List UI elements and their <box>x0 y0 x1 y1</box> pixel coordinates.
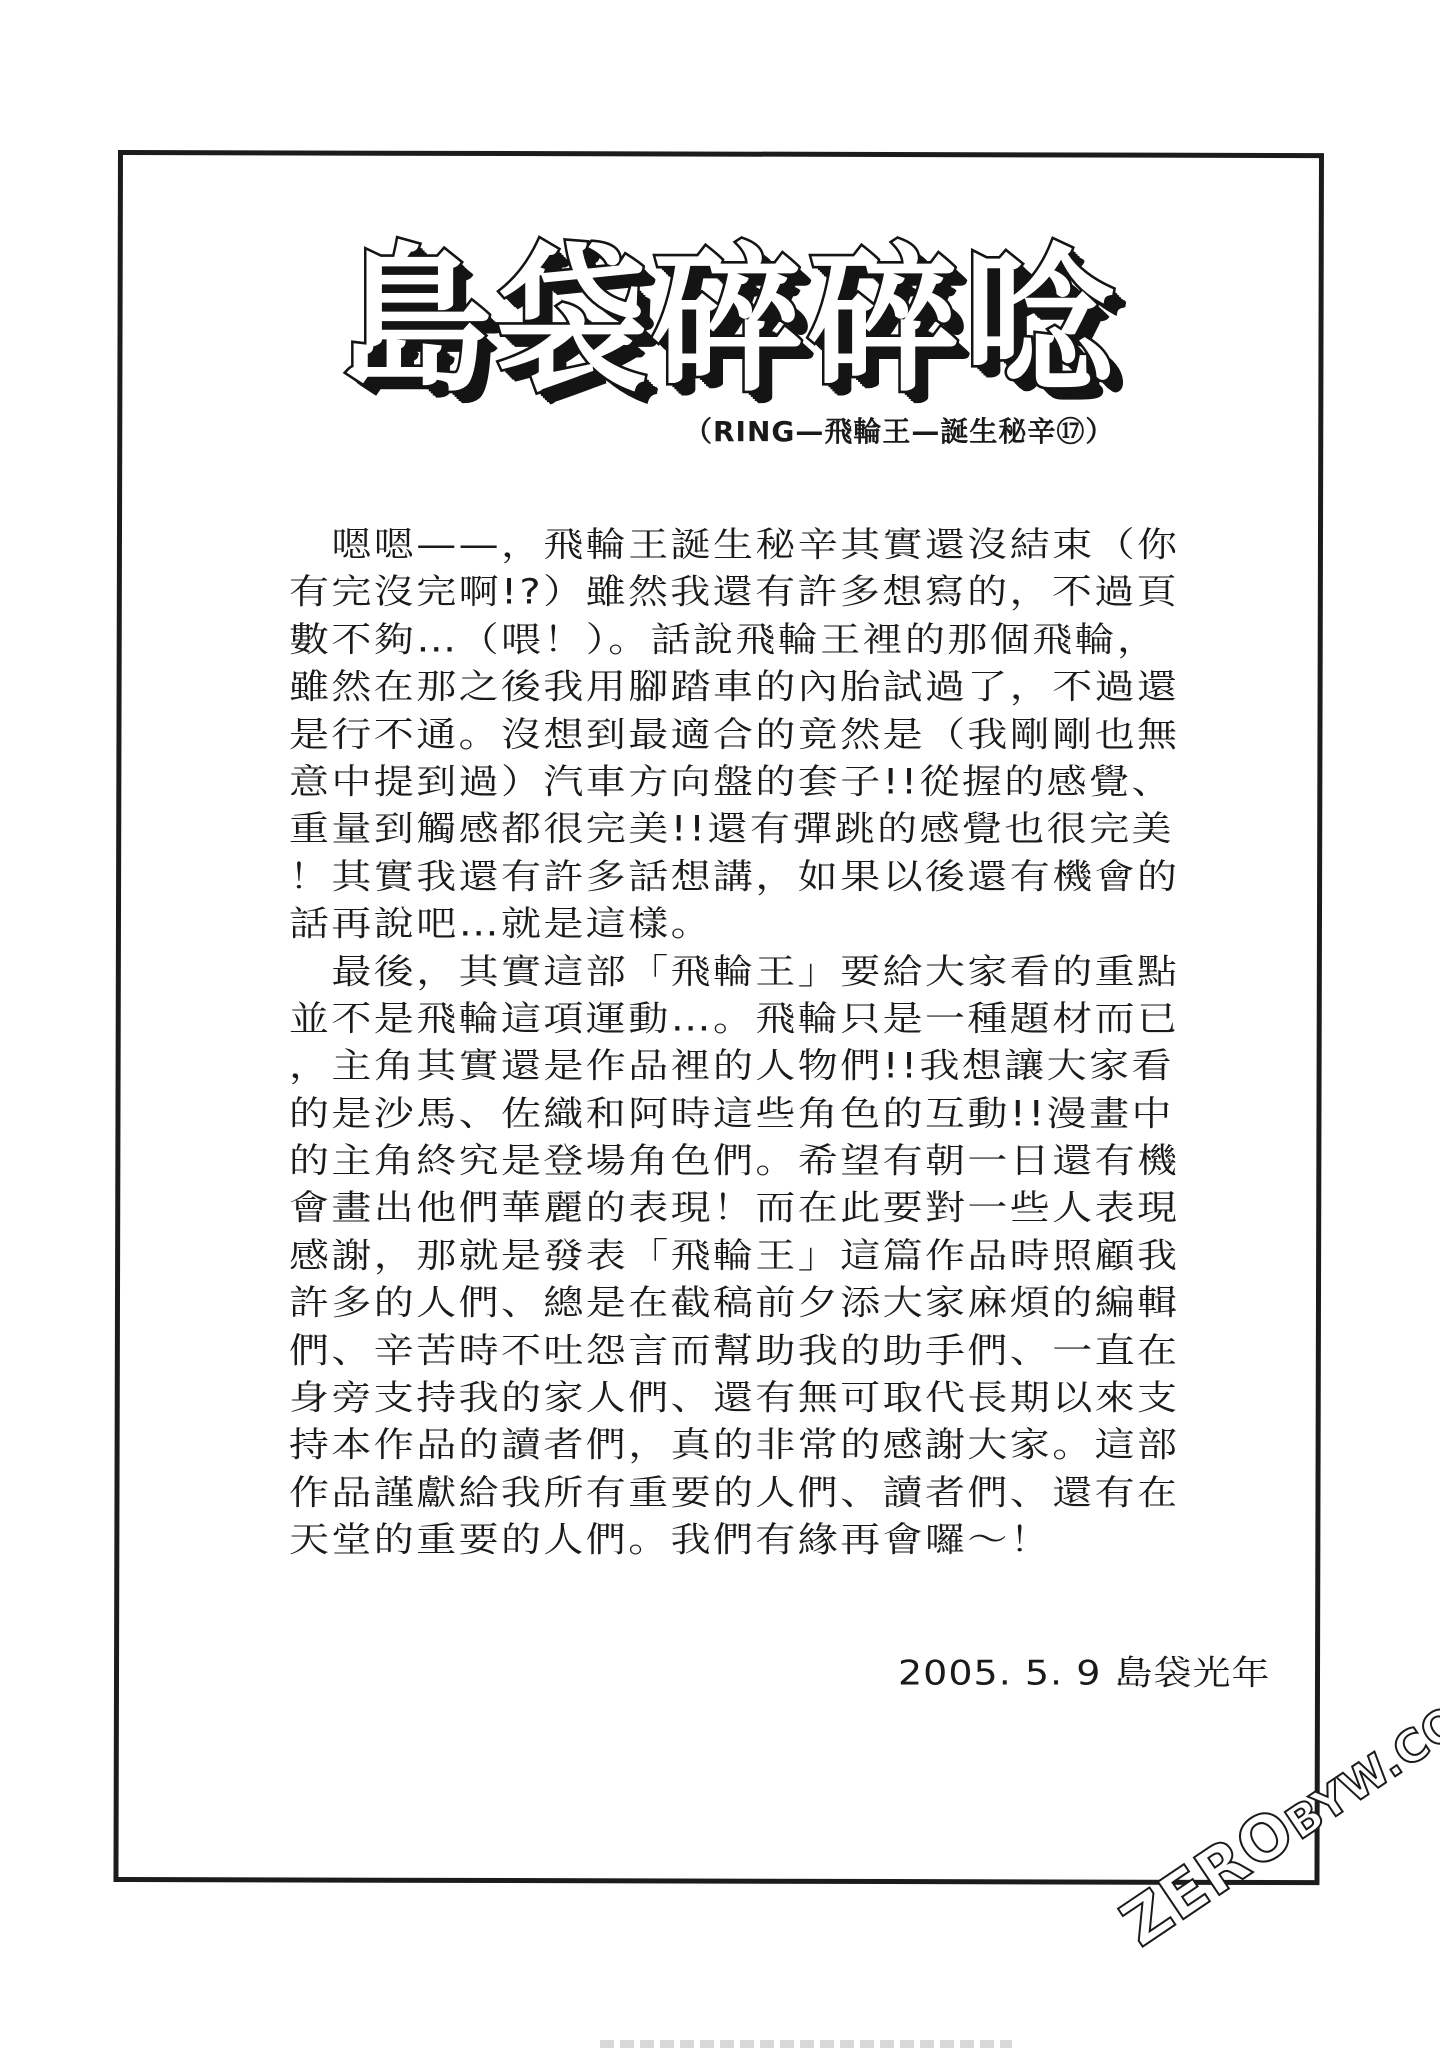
body-line: 的主角終究是登場角色們。希望有朝一日還有機 <box>289 1141 1174 1182</box>
body-line: ，主角其實還是作品裡的人物們!!我想讓大家看 <box>289 1047 1174 1088</box>
body-line: 意中提到過）汽車方向盤的套子!!從握的感覺、 <box>289 762 1174 803</box>
body-line: 感謝，那就是發表「飛輪王」這篇作品時照顧我 <box>289 1236 1174 1277</box>
body-line: 話再說吧…就是這樣。 <box>289 904 1174 945</box>
page-title: 島袋碎碎唸 <box>340 228 1140 415</box>
body-line: 會畫出他們華麗的表現！而在此要對一些人表現 <box>289 1189 1174 1230</box>
signature-date-author: 2005. 5. 9 島袋光年 <box>898 1652 1270 1693</box>
body-text: 嗯嗯——，飛輪王誕生秘辛其實還沒結束（你 有完沒完啊!?）雖然我還有許多想寫的，… <box>289 522 1174 1565</box>
body-line: 有完沒完啊!?）雖然我還有許多想寫的，不過頁 <box>289 573 1174 614</box>
body-line: 數不夠…（喂！）。話說飛輪王裡的那個飛輪， <box>289 620 1174 661</box>
body-line: 們、辛苦時不吐怨言而幫助我的助手們、一直在 <box>289 1331 1174 1372</box>
body-line: 天堂的重要的人們。我們有緣再會囉～！ <box>289 1521 1174 1562</box>
cropped-footer-text <box>600 2040 1012 2048</box>
body-line: 許多的人們、總是在截稿前夕添大家麻煩的編輯 <box>289 1284 1174 1325</box>
body-line: ！其實我還有許多話想講，如果以後還有機會的 <box>289 857 1174 898</box>
body-line: 是行不通。沒想到最適合的竟然是（我剛剛也無 <box>289 715 1174 756</box>
body-line: 雖然在那之後我用腳踏車的內胎試過了，不過還 <box>289 667 1174 708</box>
body-line: 最後，其實這部「飛輪王」要給大家看的重點 <box>289 952 1174 993</box>
page-subtitle: （RING—飛輪王—誕生秘辛⑰） <box>684 414 1114 450</box>
body-line: 並不是飛輪這項運動…。飛輪只是一種題材而已 <box>289 999 1174 1040</box>
body-line: 持本作品的讀者們，真的非常的感謝大家。這部 <box>289 1426 1174 1467</box>
body-line: 的是沙馬、佐織和阿時這些角色的互動!!漫畫中 <box>289 1094 1174 1135</box>
body-line: 嗯嗯——，飛輪王誕生秘辛其實還沒結束（你 <box>289 525 1174 566</box>
body-line: 作品謹獻給我所有重要的人們、讀者們、還有在 <box>289 1473 1174 1514</box>
body-line: 重量到觸感都很完美!!還有彈跳的感覺也很完美 <box>289 810 1174 851</box>
body-line: 身旁支持我的家人們、還有無可取代長期以來支 <box>289 1378 1174 1419</box>
